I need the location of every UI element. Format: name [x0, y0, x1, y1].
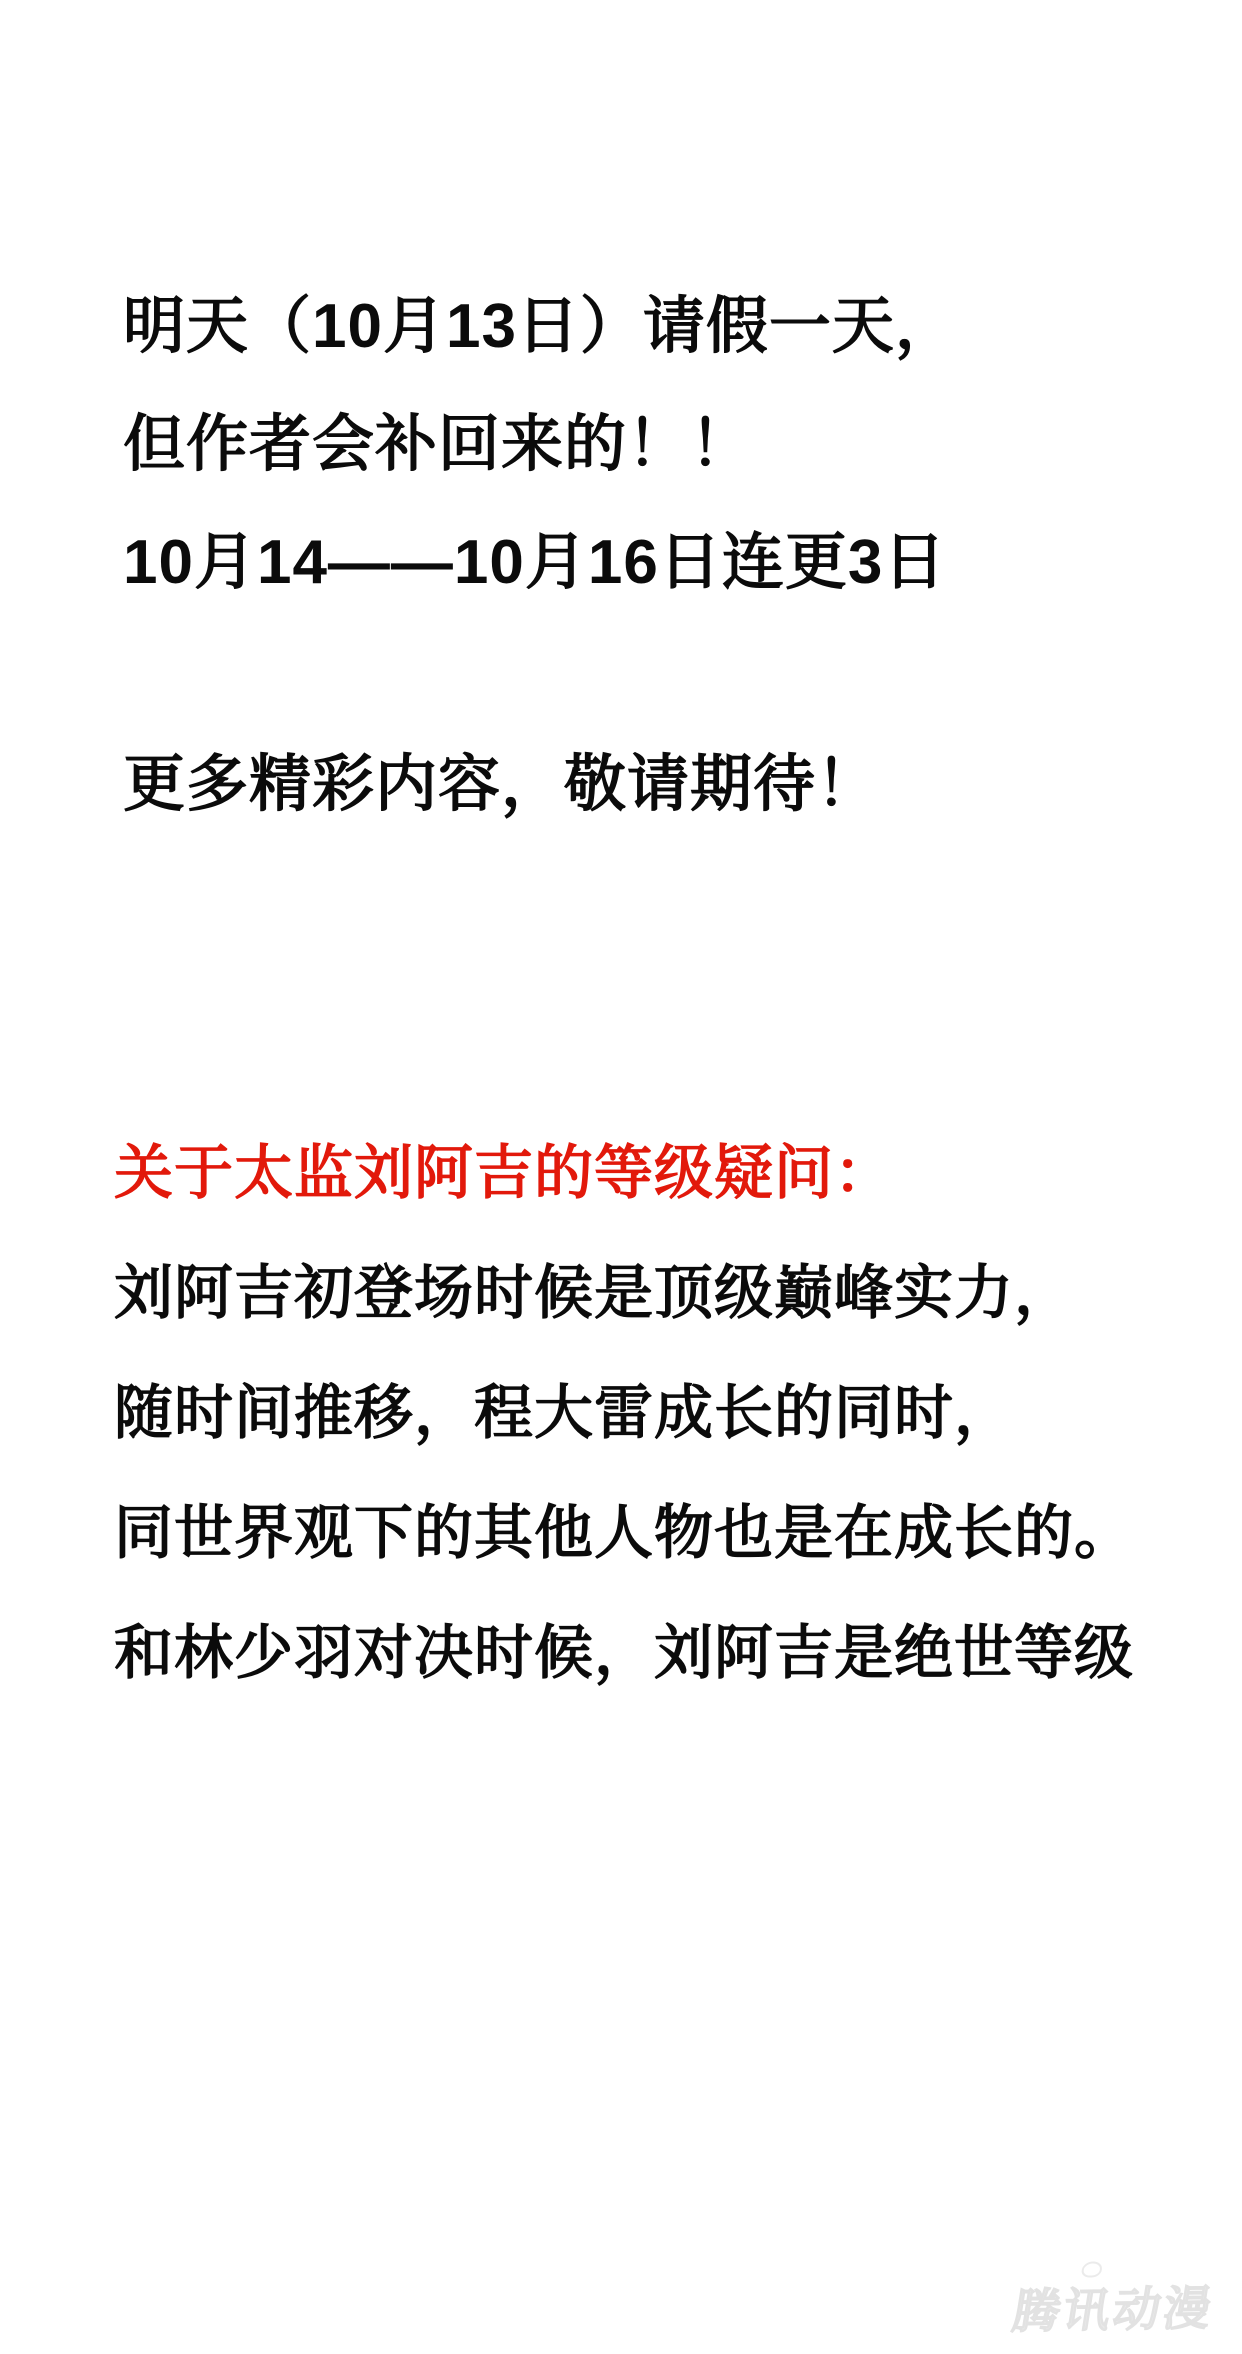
qa-line-2: 随时间推移，程大雷成长的同时，: [114, 1353, 1204, 1473]
teaser-line: 更多精彩内容，敬请期待！: [123, 726, 1183, 844]
qa-line-4: 和林少羽对决时候，刘阿吉是绝世等级: [114, 1593, 1204, 1713]
watermark-label: 腾讯动漫: [1009, 2281, 1218, 2337]
notice-line-1: 明天（10月13日）请假一天，: [123, 268, 1183, 386]
teaser-block: 更多精彩内容，敬请期待！: [123, 726, 1183, 844]
qa-line-3: 同世界观下的其他人物也是在成长的。: [114, 1473, 1204, 1593]
platform-watermark: 腾讯动漫: [1008, 2271, 1219, 2341]
qa-line-1: 刘阿吉初登场时候是顶级巅峰实力，: [114, 1233, 1204, 1353]
schedule-notice: 明天（10月13日）请假一天， 但作者会补回来的！！ 10月14——10月16日…: [123, 268, 1183, 622]
character-level-qa: 关于太监刘阿吉的等级疑问： 刘阿吉初登场时候是顶级巅峰实力， 随时间推移，程大雷…: [114, 1113, 1204, 1713]
qa-heading: 关于太监刘阿吉的等级疑问：: [114, 1113, 1204, 1233]
announcement-page: 明天（10月13日）请假一天， 但作者会补回来的！！ 10月14——10月16日…: [0, 0, 1242, 2354]
notice-line-3: 10月14——10月16日连更3日: [123, 504, 1183, 622]
notice-line-2: 但作者会补回来的！！: [123, 386, 1183, 504]
mascot-icon: [1081, 2261, 1104, 2277]
